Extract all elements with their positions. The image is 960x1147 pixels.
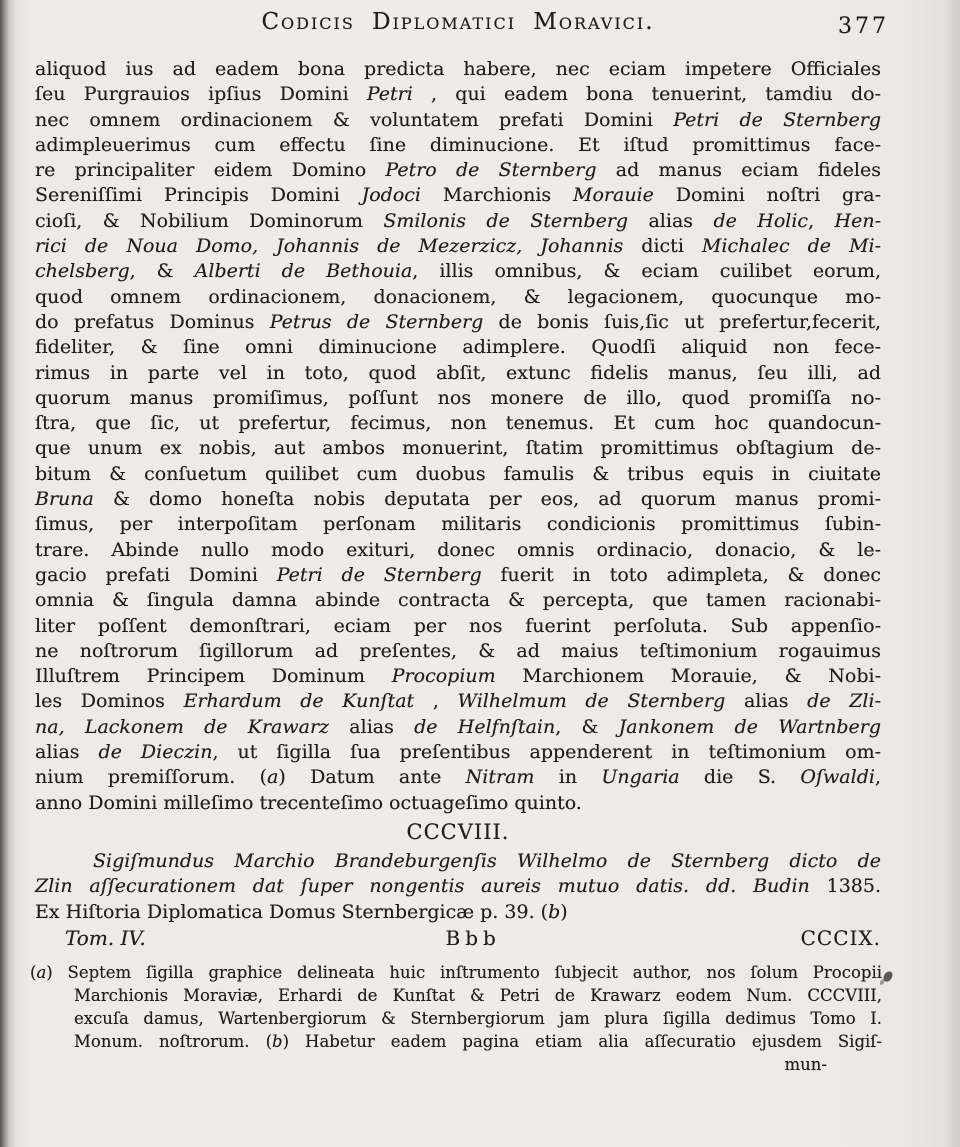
text-line: que unum ex nobis, aut ambos monuerint, … bbox=[35, 436, 881, 461]
next-section-number: CCCIX. bbox=[801, 926, 881, 950]
text-line: liter poſſent demonſtrari, eciam per nos… bbox=[35, 614, 881, 639]
text-line: ſimus, per interpoſitam perſonam militar… bbox=[35, 512, 881, 537]
summary-abstract: Sigiſmundus Marchio Brandeburgenſis Wilh… bbox=[35, 849, 881, 925]
signature-row: Tom. IV. Bbb CCCIX. bbox=[35, 926, 881, 950]
text-line: na, Lackonem de Krawarz alias de Helfnſt… bbox=[35, 715, 881, 740]
text-line: omnia & ſingula damna abinde contracta &… bbox=[35, 588, 881, 613]
section-number-heading: CCCVIII. bbox=[35, 820, 881, 844]
text-line: ſeu Purgrauios ipſius Domini Petri , qui… bbox=[35, 82, 881, 107]
text-line: Sigiſmundus Marchio Brandeburgenſis Wilh… bbox=[35, 849, 881, 874]
footnote-block: (a) Septem ſigilla graphice delineata hu… bbox=[30, 961, 882, 1076]
volume-label: Tom. IV. bbox=[35, 926, 146, 950]
text-line: quorum manus promiſimus, poſſunt nos mon… bbox=[35, 386, 881, 411]
text-line: Zlin aſſecurationem dat ſuper nongentis … bbox=[35, 874, 881, 899]
text-line: do prefatus Dominus Petrus de Sternberg … bbox=[35, 310, 881, 335]
text-line: quod omnem ordinacionem, donacionem, & l… bbox=[35, 285, 881, 310]
text-line: mun- bbox=[30, 1053, 882, 1076]
text-line: Marchionis Moraviæ, Erhardi de Kunſtat &… bbox=[30, 984, 882, 1007]
text-line: nium premiſſorum. (a) Datum ante Nitram … bbox=[35, 765, 881, 790]
text-line: gacio prefati Domini Petri de Sternberg … bbox=[35, 563, 881, 588]
ink-blot bbox=[882, 970, 894, 983]
text-line: cioſi, & Nobilium Dominorum Smilonis de … bbox=[35, 209, 881, 234]
page-number: 377 bbox=[838, 14, 889, 39]
book-page: Codicis Diplomatici Moravici. 377 aliquo… bbox=[0, 0, 960, 1147]
text-line: Sereniſſimi Principis Domini Jodoci Marc… bbox=[35, 183, 881, 208]
text-line: nec omnem ordinacionem & voluntatem pref… bbox=[35, 108, 881, 133]
text-line: Ex Hiſtoria Diplomatica Domus Sternbergi… bbox=[35, 900, 881, 925]
text-line: anno Domini milleſimo trecenteſimo octua… bbox=[35, 791, 881, 816]
signature-mark: Bbb bbox=[446, 926, 501, 950]
text-line: aliquod ius ad eadem bona predicta haber… bbox=[35, 57, 881, 82]
text-line: ne noſtrorum ſigillorum ad preſentes, & … bbox=[35, 639, 881, 664]
text-line: Illuſtrem Principem Dominum Procopium Ma… bbox=[35, 664, 881, 689]
charter-text-block: aliquod ius ad eadem bona predicta haber… bbox=[35, 57, 881, 816]
text-line: (a) Septem ſigilla graphice delineata hu… bbox=[30, 961, 882, 984]
text-line: Monum. noſtrorum. (b) Habetur eadem pagi… bbox=[30, 1030, 882, 1053]
text-line: les Dominos Erhardum de Kunſtat , Wilhel… bbox=[35, 689, 881, 714]
text-line: rimus in parte vel in toto, quod abſit, … bbox=[35, 361, 881, 386]
text-line: chelsberg, & Alberti de Bethouia, illis … bbox=[35, 259, 881, 284]
text-line: ſtra, que ſic, ut prefertur, fecimus, no… bbox=[35, 411, 881, 436]
text-line: Bruna & domo honeſta nobis deputata per … bbox=[35, 487, 881, 512]
text-line: re principaliter eidem Domino Petro de S… bbox=[35, 158, 881, 183]
text-line: fideliter, & ſine omni diminucione adimp… bbox=[35, 335, 881, 360]
text-line: alias de Dieczin, ut ſigilla ſua preſent… bbox=[35, 740, 881, 765]
running-head-title: Codicis Diplomatici Moravici. bbox=[35, 9, 881, 35]
text-line: excuſa damus, Wartenbergiorum & Sternber… bbox=[30, 1007, 882, 1030]
text-line: adimpleuerimus cum effectu ſine diminuci… bbox=[35, 133, 881, 158]
text-line: rici de Noua Domo, Johannis de Mezerzicz… bbox=[35, 234, 881, 259]
text-line: bitum & conſuetum quilibet cum duobus fa… bbox=[35, 462, 881, 487]
text-line: trare. Abinde nullo modo exituri, donec … bbox=[35, 538, 881, 563]
